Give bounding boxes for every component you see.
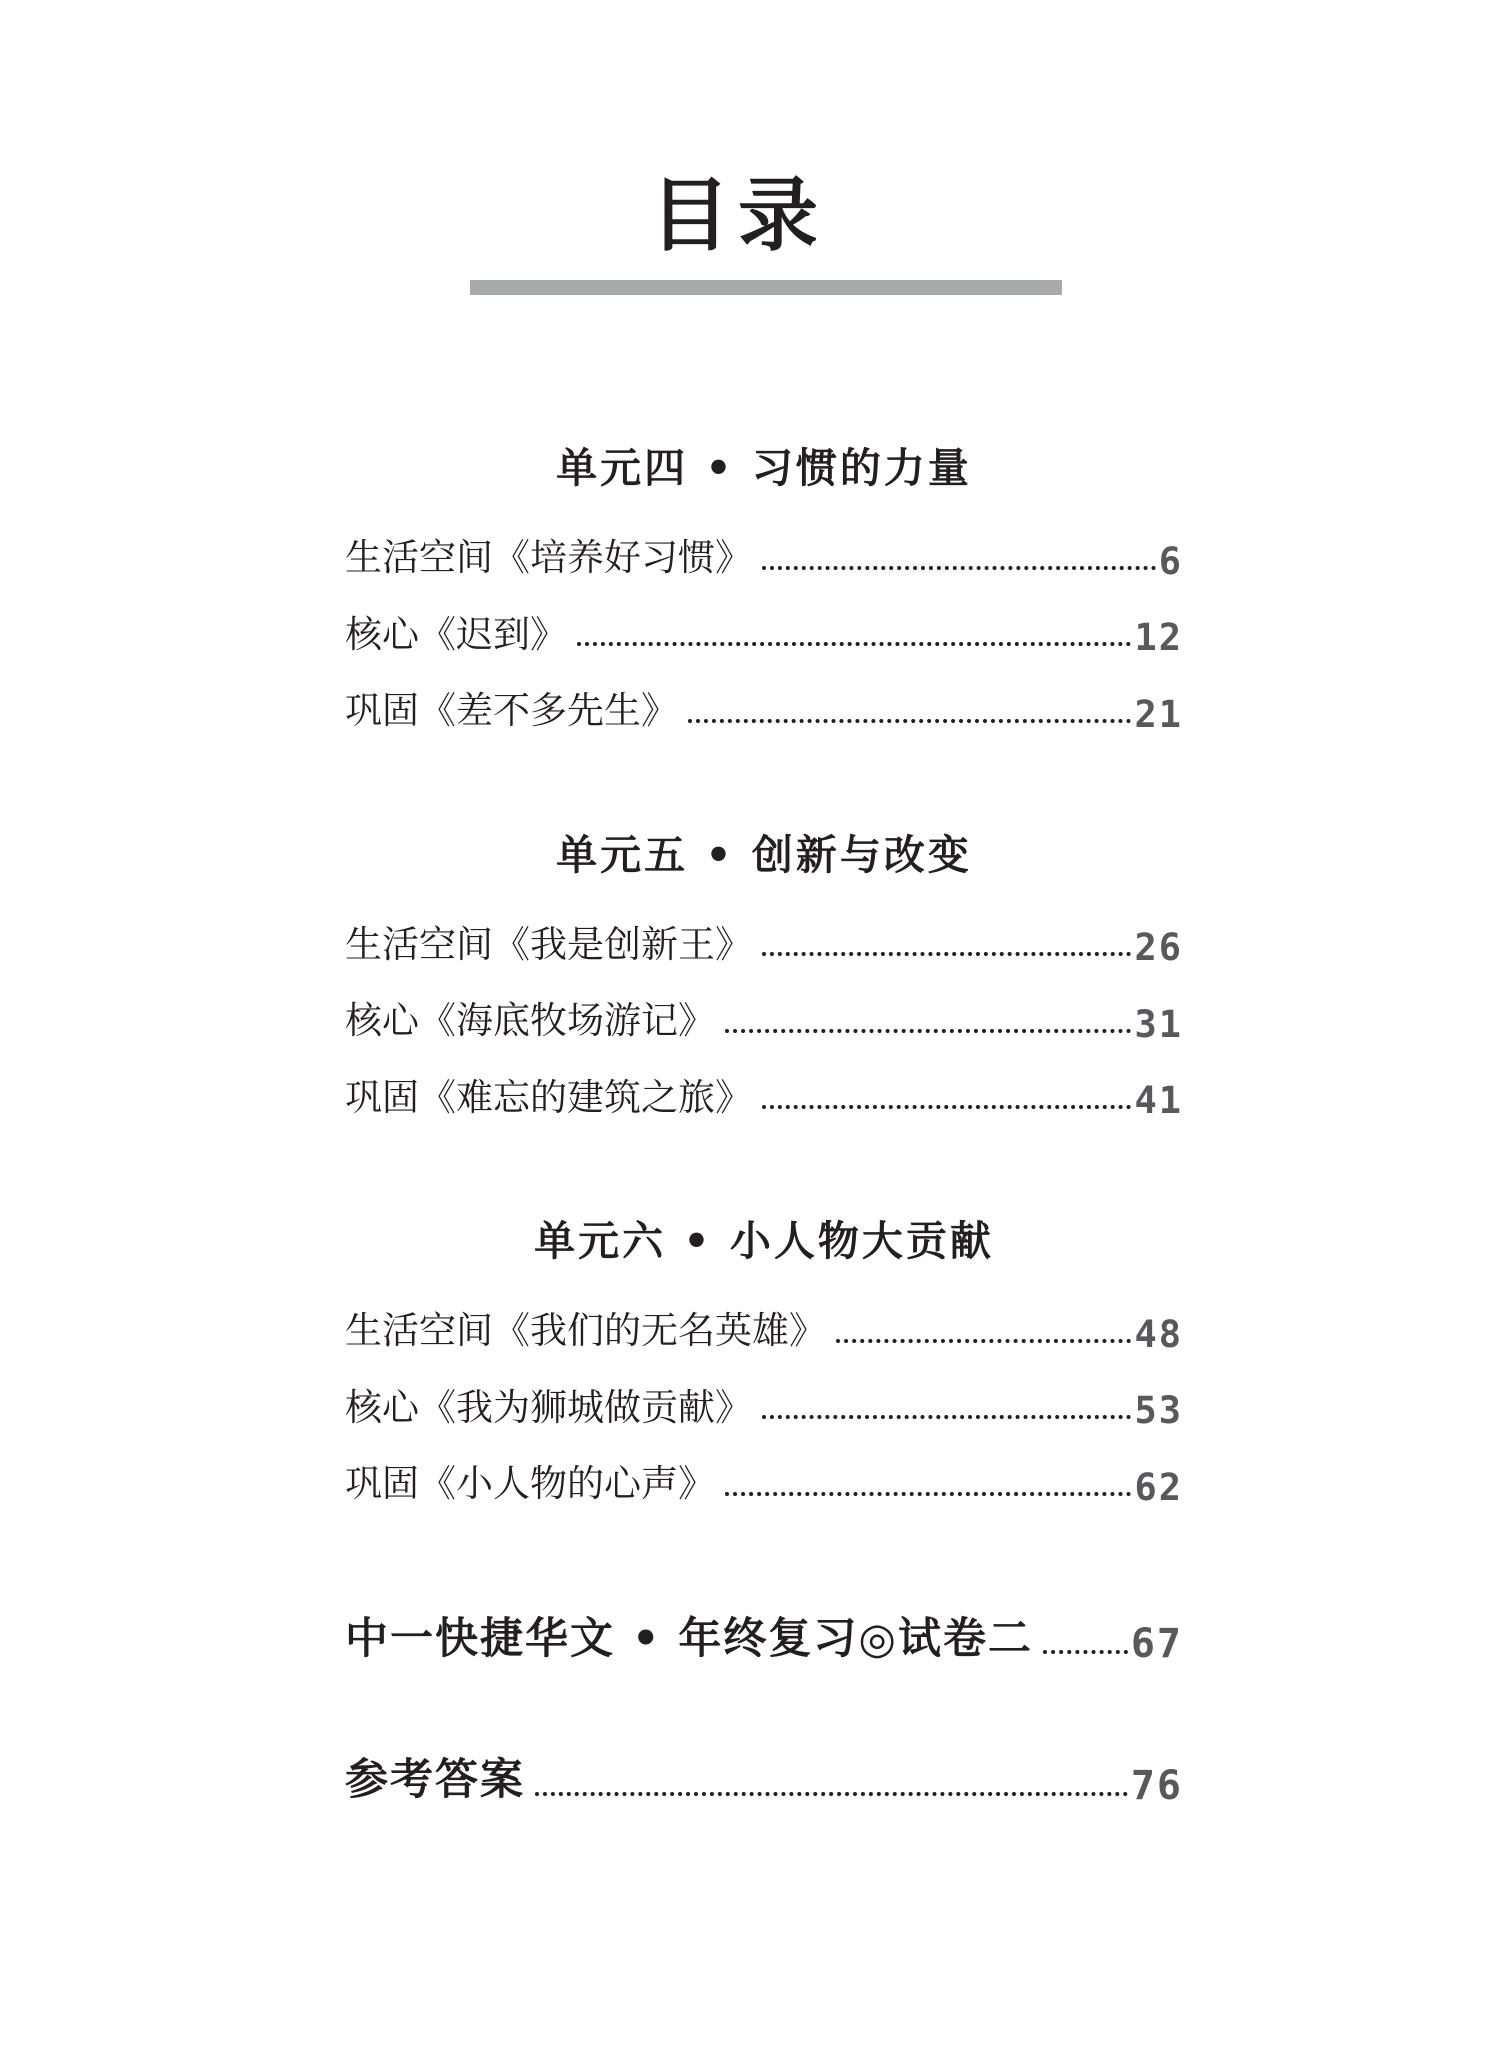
unit-heading: 单元五 • 创新与改变 <box>345 822 1183 881</box>
page-header: 目录 <box>0 0 1496 295</box>
toc-entry: 核心《迟到》 12 <box>345 597 1183 674</box>
dot-leader <box>762 566 1156 570</box>
toc-entry-label: 生活空间《培养好习惯》 <box>345 537 752 580</box>
page-number: 48 <box>1134 1316 1183 1353</box>
page-number: 31 <box>1134 1006 1183 1043</box>
page-number: 26 <box>1134 929 1183 966</box>
toc-entry-answer-key: 参考答案 76 <box>345 1742 1183 1819</box>
dot-leader <box>762 952 1131 956</box>
toc-entry: 核心《我为狮城做贡献》 53 <box>345 1370 1183 1447</box>
unit-heading: 单元四 • 习惯的力量 <box>345 435 1183 494</box>
page-title: 目录 <box>0 172 1496 260</box>
dot-leader <box>688 719 1131 723</box>
toc-entry-label: 参考答案 <box>345 1756 525 1805</box>
dot-leader <box>577 642 1131 646</box>
page-number: 6 <box>1159 543 1183 580</box>
unit-section-6: 单元六 • 小人物大贡献 生活空间《我们的无名英雄》 48 核心《我为狮城做贡献… <box>345 1208 1183 1523</box>
toc-page: 目录 单元四 • 习惯的力量 生活空间《培养好习惯》 6 核心《迟到》 12 巩… <box>0 0 1496 2048</box>
dot-leader <box>1043 1650 1128 1654</box>
toc-entry-label: 核心《海底牧场游记》 <box>345 1000 715 1043</box>
unit-heading: 单元六 • 小人物大贡献 <box>345 1208 1183 1267</box>
page-number: 53 <box>1134 1392 1183 1429</box>
dot-leader <box>762 1105 1131 1109</box>
title-underline-bar <box>470 280 1062 295</box>
toc-entry: 生活空间《培养好习惯》 6 <box>345 520 1183 597</box>
dot-leader <box>762 1415 1131 1419</box>
toc-entry: 巩固《难忘的建筑之旅》 41 <box>345 1060 1183 1137</box>
page-number: 67 <box>1131 1624 1183 1664</box>
footer-entries: 中一快捷华文 • 年终复习◎试卷二 67 参考答案 76 <box>345 1601 1183 1820</box>
toc-entry-label: 生活空间《我们的无名英雄》 <box>345 1310 826 1353</box>
page-number: 12 <box>1134 619 1183 656</box>
table-of-contents: 单元四 • 习惯的力量 生活空间《培养好习惯》 6 核心《迟到》 12 巩固《差… <box>345 435 1183 1820</box>
dot-leader <box>725 1492 1131 1496</box>
toc-entry-label: 巩固《难忘的建筑之旅》 <box>345 1077 752 1120</box>
toc-entry: 核心《海底牧场游记》 31 <box>345 983 1183 1060</box>
toc-entry: 巩固《差不多先生》 21 <box>345 673 1183 750</box>
toc-entry-label: 核心《我为狮城做贡献》 <box>345 1387 752 1430</box>
dot-leader <box>836 1339 1131 1343</box>
toc-entry-label: 中一快捷华文 • 年终复习◎试卷二 <box>345 1615 1033 1664</box>
toc-entry-review-paper: 中一快捷华文 • 年终复习◎试卷二 67 <box>345 1601 1183 1678</box>
page-number: 62 <box>1134 1469 1183 1506</box>
dot-leader <box>535 1792 1128 1796</box>
toc-entry: 生活空间《我们的无名英雄》 48 <box>345 1293 1183 1370</box>
page-number: 21 <box>1134 696 1183 733</box>
unit-section-4: 单元四 • 习惯的力量 生活空间《培养好习惯》 6 核心《迟到》 12 巩固《差… <box>345 435 1183 750</box>
toc-entry: 生活空间《我是创新王》 26 <box>345 907 1183 984</box>
toc-entry-label: 巩固《差不多先生》 <box>345 690 678 733</box>
toc-entry-label: 核心《迟到》 <box>345 614 567 657</box>
unit-section-5: 单元五 • 创新与改变 生活空间《我是创新王》 26 核心《海底牧场游记》 31… <box>345 822 1183 1137</box>
dot-leader <box>725 1029 1131 1033</box>
page-number: 41 <box>1134 1082 1183 1119</box>
page-number: 76 <box>1131 1766 1183 1806</box>
toc-entry-label: 巩固《小人物的心声》 <box>345 1463 715 1506</box>
toc-entry: 巩固《小人物的心声》 62 <box>345 1446 1183 1523</box>
toc-entry-label: 生活空间《我是创新王》 <box>345 924 752 967</box>
